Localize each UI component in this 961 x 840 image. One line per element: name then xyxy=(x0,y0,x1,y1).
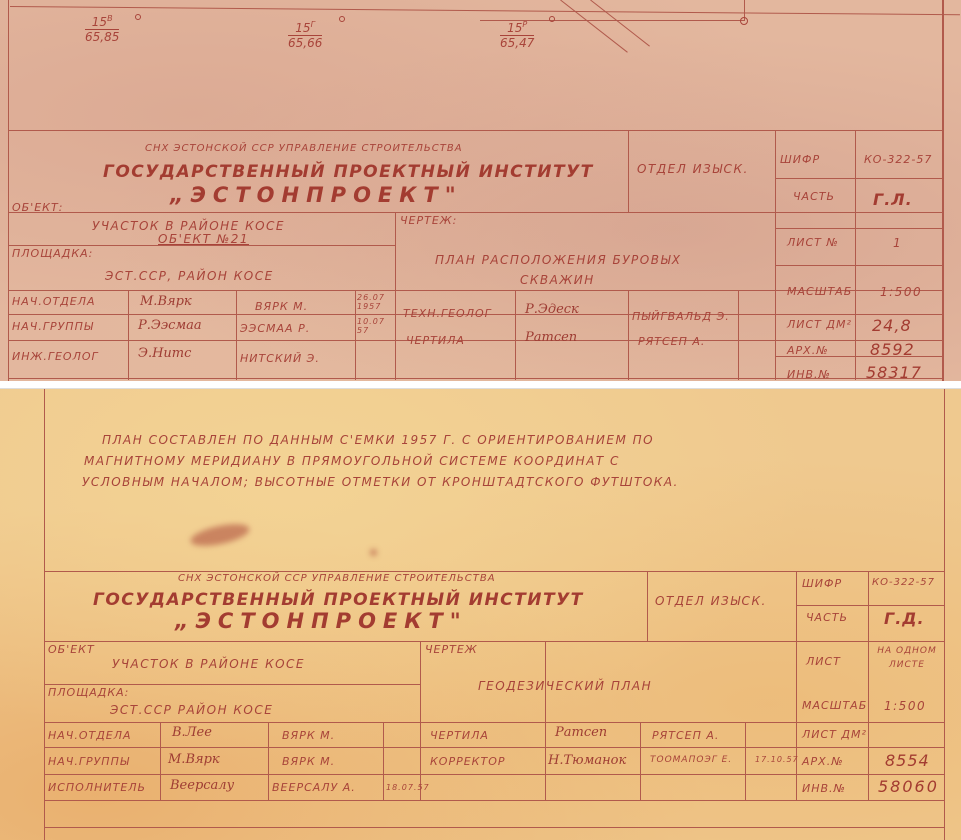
sheet-border xyxy=(944,389,945,840)
point-label: 15Р 65,47 xyxy=(500,20,534,50)
signature: Ратсеп xyxy=(555,725,607,740)
archive-no-label: АРХ.№ xyxy=(787,344,829,357)
sheet-border xyxy=(8,0,9,381)
top-drawing-sheet: 15В 65,85 15Г 65,66 15Р 65,47 СНХ ЭСТОНС… xyxy=(0,0,961,381)
sheet-no-value: 1 xyxy=(893,236,902,250)
drawing-title: ГЕОДЕЗИЧЕСКИЙ ПЛАН xyxy=(478,679,652,693)
plan-line xyxy=(590,0,650,47)
signer-name: ВЯРК М. xyxy=(282,755,335,768)
sheet-no-label: ЛИСТ № xyxy=(787,236,839,249)
part-label: ЧАСТЬ xyxy=(793,190,835,203)
signature: Р.Ээсмаа xyxy=(138,318,202,333)
archive-no-value: 8592 xyxy=(870,340,915,359)
scale-value: 1:500 xyxy=(884,699,926,713)
object-value: УЧАСТОК В РАЙОНЕ КОСЕ xyxy=(92,219,285,233)
signature-date: 17.10.57 xyxy=(755,755,799,764)
object-label: ОБ'ЕКТ: xyxy=(12,201,63,214)
signature: Р.Эдеск xyxy=(525,302,579,317)
scale-label: МАСШТАБ xyxy=(787,285,852,298)
signer-name: ПЫЙГВАЛЬД Э. xyxy=(632,310,730,323)
inventory-no-value: 58060 xyxy=(878,777,939,796)
drawing-label: ЧЕРТЕЖ xyxy=(425,643,478,656)
signature-role: НАЧ.ОТДЕЛА xyxy=(12,295,96,308)
signature: Ратсеп xyxy=(525,330,577,345)
code-label: ШИФР xyxy=(802,577,842,590)
signature: Н.Тюманок xyxy=(548,753,626,768)
department: ОТДЕЛ ИЗЫСК. xyxy=(655,594,767,608)
drawing-title-2: СКВАЖИН xyxy=(520,273,595,287)
survey-point-icon xyxy=(135,14,141,20)
note-line: МАГНИТНОМУ МЕРИДИАНУ В ПРЯМОУГОЛЬНОЙ СИС… xyxy=(84,454,620,468)
object-label: ОБ'ЕКТ xyxy=(48,643,95,656)
signature-role: НАЧ.ОТДЕЛА xyxy=(48,729,132,742)
institute-title: ГОСУДАРСТВЕННЫЙ ПРОЕКТНЫЙ ИНСТИТУТ xyxy=(93,590,584,610)
signature-date: 10.07 57 xyxy=(357,317,393,335)
inventory-no-label: ИНВ.№ xyxy=(802,782,846,795)
signature-role: НАЧ.ГРУППЫ xyxy=(48,755,130,768)
note-line: УСЛОВНЫМ НАЧАЛОМ; ВЫСОТНЫЕ ОТМЕТКИ ОТ КР… xyxy=(82,475,679,489)
ink-stain xyxy=(370,549,377,556)
signature-date: 18.07.57 xyxy=(386,783,430,792)
signer-name: РЯТСЕП А. xyxy=(652,729,719,742)
note-line: ПЛАН СОСТАВЛЕН ПО ДАННЫМ С'ЕМКИ 1957 Г. … xyxy=(102,433,654,447)
sheet-area-label: ЛИСТ ДМ² xyxy=(802,728,867,741)
drawing-title: ПЛАН РАСПОЛОЖЕНИЯ БУРОВЫХ xyxy=(435,253,682,267)
survey-point-icon xyxy=(339,16,345,22)
signature: Э.Нитс xyxy=(138,346,191,361)
signer-name: ЭЭСМАА Р. xyxy=(240,322,310,335)
point-label: 15В 65,85 xyxy=(85,14,119,44)
organization-line: СНХ ЭСТОНСКОЙ ССР УПРАВЛЕНИЕ СТРОИТЕЛЬСТ… xyxy=(178,573,496,584)
institute-title: ГОСУДАРСТВЕННЫЙ ПРОЕКТНЫЙ ИНСТИТУТ xyxy=(103,162,594,182)
part-value: Г.Л. xyxy=(873,190,913,209)
drawing-label: ЧЕРТЕЖ: xyxy=(400,214,457,227)
code-value: КО-322-57 xyxy=(864,153,932,166)
archive-no-value: 8554 xyxy=(885,751,930,770)
object-value: УЧАСТОК В РАЙОНЕ КОСЕ xyxy=(112,657,305,671)
signer-name: ВЕЕРСАЛУ А. xyxy=(272,781,356,794)
signature: Веерсалу xyxy=(170,778,234,793)
survey-point-icon xyxy=(549,16,555,22)
signer-name: НИТСКИЙ Э. xyxy=(240,352,320,365)
bottom-drawing-sheet: ПЛАН СОСТАВЛЕН ПО ДАННЫМ С'ЕМКИ 1957 Г. … xyxy=(0,388,961,840)
ink-stain xyxy=(189,520,251,550)
code-label: ШИФР xyxy=(780,153,820,166)
organization-line: СНХ ЭСТОНСКОЙ ССР УПРАВЛЕНИЕ СТРОИТЕЛЬСТ… xyxy=(145,143,463,154)
sheet-label: ЛИСТ xyxy=(806,655,841,668)
institute-name: „ЭСТОНПРОЕКТ" xyxy=(170,183,463,207)
plan-line xyxy=(10,6,960,15)
signer-name: ВЯРК М. xyxy=(255,300,308,313)
sheet-border xyxy=(942,0,944,381)
survey-point-icon xyxy=(740,17,748,25)
inventory-no-value: 58317 xyxy=(866,363,922,381)
signature: М.Вярк xyxy=(168,752,220,767)
scale-label: МАСШТАБ xyxy=(802,699,867,712)
signature: М.Вярк xyxy=(140,294,192,309)
signature: В.Лее xyxy=(172,725,212,740)
part-value: Г.Д. xyxy=(884,609,925,628)
sheet-area-value: 24,8 xyxy=(872,316,912,335)
signer-name: ТООМАПОЭГ Е. xyxy=(650,755,732,765)
signature-role: ЧЕРТИЛА xyxy=(430,729,489,742)
sheet-border xyxy=(44,389,45,840)
plan-line xyxy=(560,0,628,53)
inventory-no-label: ИНВ.№ xyxy=(787,368,831,381)
department: ОТДЕЛ ИЗЫСК. xyxy=(637,162,749,176)
signature-role: ТЕХН.ГЕОЛОГ xyxy=(403,307,492,320)
signer-name: ВЯРК М. xyxy=(282,729,335,742)
part-label: ЧАСТЬ xyxy=(806,611,848,624)
signature-role: НАЧ.ГРУППЫ xyxy=(12,320,94,333)
signer-name: РЯТСЕП А. xyxy=(638,335,705,348)
object-number: ОБ'ЕКТ №21 xyxy=(158,232,249,246)
point-label: 15Г 65,66 xyxy=(288,20,322,50)
sheet-area-label: ЛИСТ ДМ² xyxy=(787,318,852,331)
institute-name: „ЭСТОНПРОЕКТ" xyxy=(175,609,468,633)
site-label: ПЛОЩАДКА: xyxy=(48,686,129,699)
signature-role: ЧЕРТИЛА xyxy=(406,334,465,347)
signature-date: 26.07 1957 xyxy=(357,293,393,311)
site-value: ЭСТ.ССР РАЙОН КОСЕ xyxy=(110,703,273,717)
site-value: ЭСТ.ССР, РАЙОН КОСЕ xyxy=(105,269,274,283)
signature-role: ИНЖ.ГЕОЛОГ xyxy=(12,350,99,363)
archive-no-label: АРХ.№ xyxy=(802,755,844,768)
scale-value: 1:500 xyxy=(880,285,922,299)
sheet-value: НА ОДНОМ ЛИСТЕ xyxy=(872,644,942,672)
signature-role: КОРРЕКТОР xyxy=(430,755,506,768)
site-label: ПЛОЩАДКА: xyxy=(12,247,93,260)
code-value: КО-322-57 xyxy=(872,577,935,588)
signature-role: ИСПОЛНИТЕЛЬ xyxy=(48,781,146,794)
